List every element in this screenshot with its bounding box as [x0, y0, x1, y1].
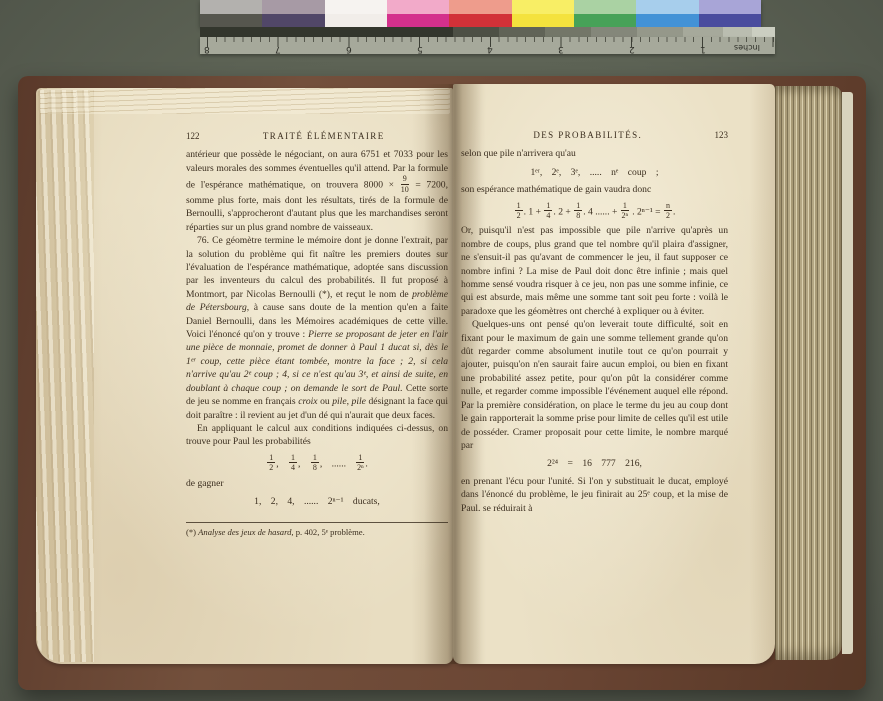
fraction-numerator: 1: [267, 454, 275, 463]
right-running-head: DES PROBABILITÉS. 123: [461, 129, 728, 142]
formula-separator: .: [365, 458, 367, 469]
formula-ducats: 1, 2, 4, ...... 2ⁿ⁻¹ ducats,: [186, 495, 448, 508]
ruler-number: 3: [558, 44, 564, 54]
color-patch-purple: [262, 0, 324, 27]
ruler-number: 7: [275, 44, 281, 54]
formula-separator: , ......: [320, 458, 346, 469]
footnote-work-title: Analyse des jeux de hasard: [198, 527, 291, 537]
running-title: DES PROBABILITÉS.: [461, 129, 715, 142]
body-paragraph: antérieur que possède le négociant, on a…: [186, 148, 448, 234]
fraction-numerator: 9: [401, 175, 409, 184]
fraction: 12ⁿ: [356, 454, 364, 473]
fraction-numerator: 1: [356, 454, 364, 463]
ruler-number: 4: [487, 44, 493, 54]
gagner-label: de gagner: [186, 477, 448, 490]
paragraph-run-italic: pile: [332, 396, 346, 407]
color-calibration-bar: [200, 0, 761, 27]
color-patch-white: [325, 0, 387, 27]
fraction-denominator: 2ⁿ: [356, 463, 364, 472]
fraction: 18: [311, 454, 319, 473]
fraction-numerator: 1: [515, 202, 523, 211]
fraction-denominator: 10: [401, 185, 409, 194]
formula-coups: 1ᵉʳ, 2ᵉ, 3ᵉ, ..... nᵉ coup ;: [461, 166, 728, 179]
color-patch-yellow: [512, 0, 574, 27]
formula-operator: . 2ⁿ⁻¹ =: [630, 206, 663, 217]
body-paragraph: En appliquant le calcul aux conditions i…: [186, 422, 448, 449]
footnote-rest: , p. 402, 5ᵉ problème.: [291, 527, 364, 537]
fraction-numerator: 1: [289, 454, 297, 463]
formula-operator: . 2 +: [553, 206, 573, 217]
ruler-number: 2: [629, 44, 635, 54]
running-title: TRAITÉ ÉLÉMENTAIRE: [200, 130, 449, 143]
fraction: 12: [515, 202, 523, 221]
formula-separator: ,: [298, 458, 300, 469]
fraction-denominator: 2: [515, 211, 523, 220]
fraction-denominator: 2: [664, 211, 672, 220]
ruler-number: 1: [700, 44, 706, 54]
formula-cramer: 2²⁴ = 16 777 216,: [461, 457, 728, 470]
body-paragraph: en prenant l'écu pour l'unité. Si l'on y…: [461, 475, 728, 515]
formula-expectation-sum: 12. 1 + 14. 2 + 18. 4 ...... + 12ⁿ . 2ⁿ⁻…: [461, 202, 728, 221]
fraction-denominator: 4: [544, 211, 552, 220]
left-running-head: 122 TRAITÉ ÉLÉMENTAIRE: [186, 130, 448, 143]
body-paragraph: Or, puisqu'il n'est pas impossible que p…: [461, 224, 728, 318]
fraction-denominator: 8: [311, 463, 319, 472]
formula-separator: ,: [276, 458, 278, 469]
fraction: n2: [664, 202, 672, 221]
fraction-denominator: 8: [574, 211, 582, 220]
paragraph-run: 76. Ce géomètre termine le mémoire dont …: [186, 235, 448, 300]
page-fore-edge: [775, 86, 842, 660]
paragraph-run-italic: croix: [298, 396, 317, 407]
right-page-text: DES PROBABILITÉS. 123 selon que pile n'a…: [461, 129, 728, 515]
fraction: 12: [267, 454, 275, 473]
color-patch-magenta: [387, 0, 449, 27]
fraction: 18: [574, 202, 582, 221]
fraction: 910: [401, 175, 409, 194]
ruler-number: 8: [204, 44, 210, 54]
fraction-denominator: 4: [289, 463, 297, 472]
color-patch-indigo: [699, 0, 761, 27]
endpaper-edge: [842, 92, 853, 654]
ruler: 8 7 6 5 4 3 2 1 Inches: [200, 37, 775, 54]
ruler-number: 6: [346, 44, 352, 54]
formula-probabilities: 12, 14, 18, ...... 12ⁿ.: [186, 454, 448, 473]
paragraph-run-italic: pile: [352, 396, 366, 407]
page-number: 122: [186, 130, 200, 143]
ruler-number: 5: [417, 44, 423, 54]
formula-operator: . 1 +: [524, 206, 544, 217]
left-page-top-edges: [40, 88, 450, 114]
formula-operator: . 4 ...... +: [583, 206, 620, 217]
fraction-numerator: 1: [574, 202, 582, 211]
body-paragraph: son espérance mathématique de gain vaudr…: [461, 183, 728, 196]
fraction: 14: [544, 202, 552, 221]
photo-of-open-book: 8 7 6 5 4 3 2 1 Inches 122 TRAITÉ ÉLÉMEN…: [0, 0, 883, 701]
fraction-denominator: 2ⁿ: [621, 211, 629, 220]
footnote: (*) Analyse des jeux de hasard, p. 402, …: [186, 522, 448, 538]
fraction-numerator: 1: [621, 202, 629, 211]
footnote-mark: (*): [186, 527, 198, 537]
page-number: 123: [715, 129, 729, 142]
fraction-numerator: n: [664, 202, 672, 211]
fraction-numerator: 1: [311, 454, 319, 463]
ruler-inches-label: Inches: [734, 43, 760, 52]
body-paragraph: 76. Ce géomètre termine le mémoire dont …: [186, 234, 448, 422]
body-paragraph: selon que pile n'arrivera qu'au: [461, 147, 728, 160]
color-patch-gray: [200, 0, 262, 27]
fraction-denominator: 2: [267, 463, 275, 472]
left-page-text: 122 TRAITÉ ÉLÉMENTAIRE antérieur que pos…: [186, 130, 448, 538]
color-patch-red: [449, 0, 511, 27]
color-patch-green: [574, 0, 636, 27]
fraction-numerator: 1: [544, 202, 552, 211]
grayscale-step-wedge: [200, 27, 775, 37]
fraction: 12ⁿ: [621, 202, 629, 221]
formula-operator: .: [673, 206, 675, 217]
fraction: 14: [289, 454, 297, 473]
body-paragraph: Quelques-uns ont pensé qu'on leverait to…: [461, 318, 728, 452]
left-page-edge-stack: [36, 90, 94, 662]
paragraph-run: ou: [318, 396, 333, 407]
color-patch-blue: [636, 0, 698, 27]
